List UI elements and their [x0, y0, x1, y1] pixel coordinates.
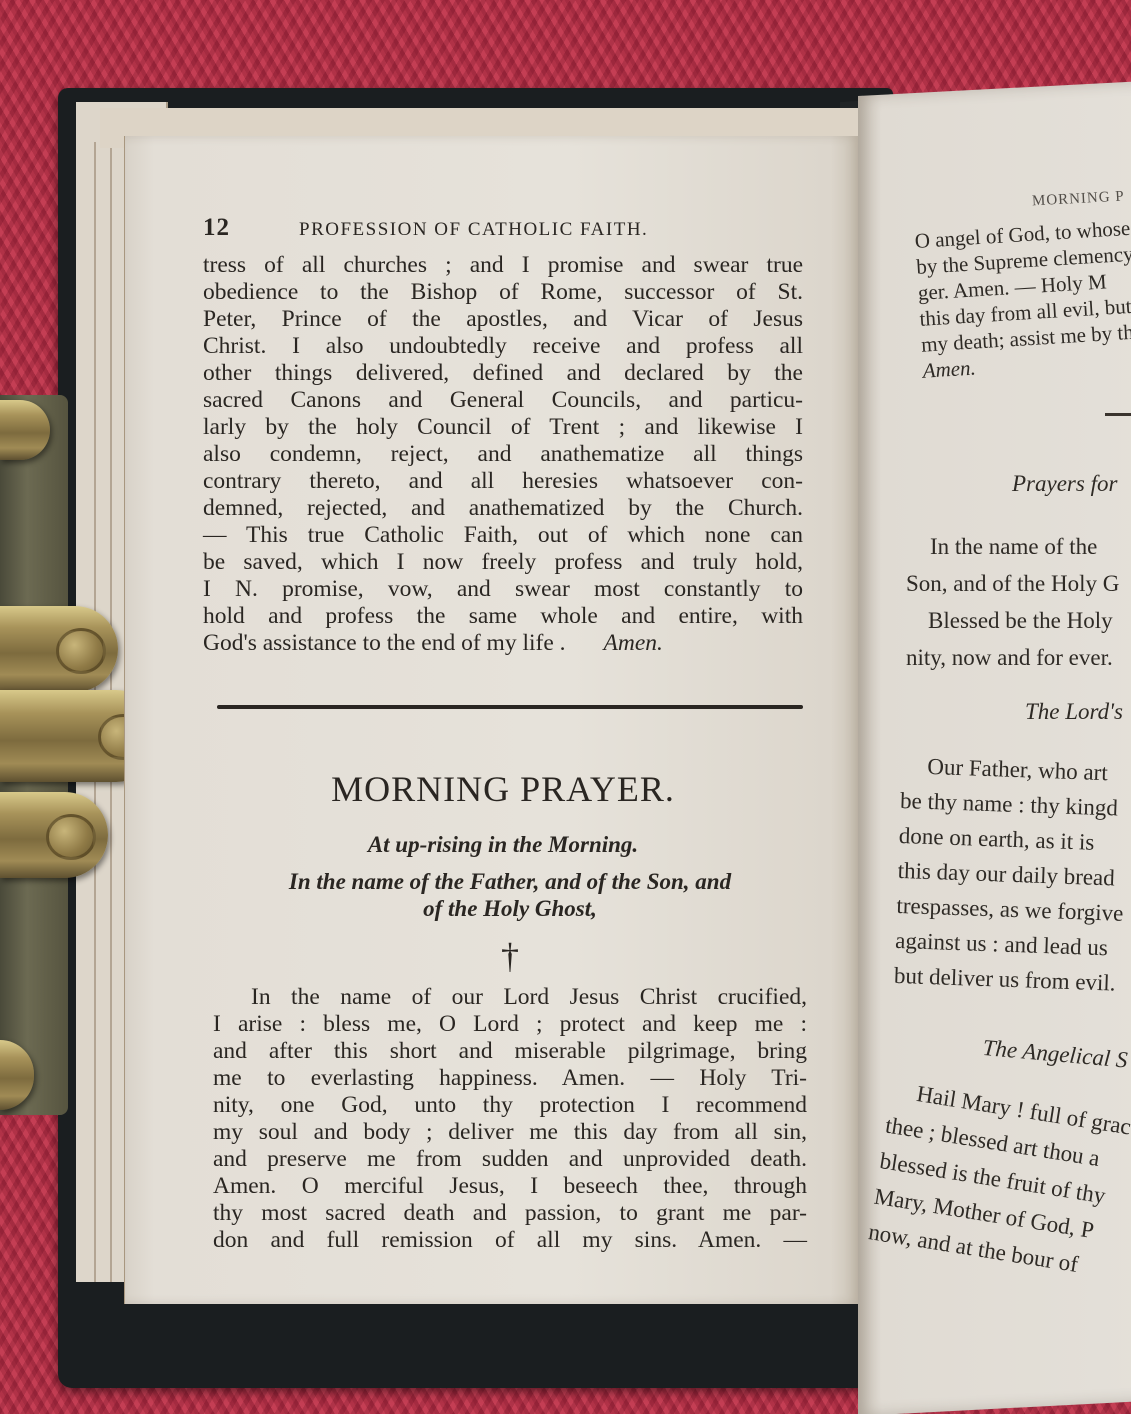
- clasp-knob-icon: [46, 814, 96, 860]
- running-head: 12 PROFESSION OF CATHOLIC FAITH.: [203, 214, 803, 244]
- text-line: other things delivered, defined and decl…: [203, 360, 803, 387]
- text-line: Son, and of the Holy G: [906, 565, 1119, 602]
- running-head-title: PROFESSION OF CATHOLIC FAITH.: [299, 219, 648, 241]
- heading-prayers-for: Prayers for: [1012, 470, 1117, 497]
- trinity-text: In the name of the Son, and of the Holy …: [906, 528, 1119, 676]
- text-line: Peter, Prince of the apostles, and Vicar…: [203, 306, 803, 333]
- text-line: In the name of our Lord Jesus Christ cru…: [213, 984, 807, 1011]
- section-subtitle: At up-rising in the Morning.: [203, 832, 803, 858]
- text-line: hold and profess the same whole and enti…: [203, 603, 803, 630]
- text-line: and after this short and miserable pilgr…: [213, 1038, 807, 1065]
- amen-italic: Amen.: [604, 630, 663, 656]
- text-line: demned, rejected, and anathematized by t…: [203, 495, 803, 522]
- clasp-finger-upper[interactable]: [0, 606, 118, 692]
- section-divider-rule: [217, 705, 803, 709]
- text-line: — This true Catholic Faith, out of which…: [203, 522, 803, 549]
- profession-text: tress of all churches ; and I promise an…: [203, 252, 803, 657]
- angel-prayer-text: O angel of God, to whose l by the Suprem…: [914, 214, 1131, 384]
- text-line: tress of all churches ; and I promise an…: [203, 252, 803, 279]
- text-line: I arise : bless me, O Lord ; protect and…: [213, 1011, 807, 1038]
- text-line: nity, now and for ever.: [906, 639, 1119, 676]
- text-line: sacred Canons and General Councils, and …: [203, 387, 803, 414]
- cross-icon: †: [495, 936, 525, 976]
- text-line: contrary thereto, and all heresies whats…: [203, 468, 803, 495]
- right-section-rule: [1105, 413, 1131, 416]
- morning-prayer-text: In the name of our Lord Jesus Christ cru…: [213, 984, 807, 1254]
- invocation-line: In the name of the Father, and of the So…: [213, 868, 807, 895]
- text-line: and preserve me from sudden and unprovid…: [213, 1146, 807, 1173]
- text-line: obedience to the Bishop of Rome, success…: [203, 279, 803, 306]
- page-number: 12: [203, 214, 299, 242]
- clasp-knob-icon: [56, 628, 106, 674]
- right-running-head: MORNING P: [1031, 184, 1125, 216]
- text-line: larly by the holy Council of Trent ; and…: [203, 414, 803, 441]
- clasp-finger-lower[interactable]: [0, 792, 108, 878]
- section-title: MORNING PRAYER.: [203, 768, 803, 810]
- text-line: me to everlasting happiness. Amen. — Hol…: [213, 1065, 807, 1092]
- text-line: don and full remission of all my sins. A…: [213, 1227, 807, 1254]
- text-line: my soul and body ; deliver me this day f…: [213, 1119, 807, 1146]
- text-line: Blessed be the Holy: [906, 602, 1119, 639]
- invocation-line: of the Holy Ghost,: [213, 895, 807, 922]
- text-line: be saved, which I now freely profess and…: [203, 549, 803, 576]
- text-line: nity, one God, unto thy protection I rec…: [213, 1092, 807, 1119]
- text-line-last: God's assistance to the end of my life .…: [203, 630, 803, 657]
- text-line: I N. promise, vow, and swear most consta…: [203, 576, 803, 603]
- text-fragment: God's assistance to the end of my life .: [203, 630, 566, 656]
- heading-lords-prayer: The Lord's: [1025, 698, 1123, 725]
- text-line: Christ. I also undoubtedly receive and p…: [203, 333, 803, 360]
- hail-mary-text: Hail Mary ! full of grac thee ; blessed …: [866, 1072, 1131, 1288]
- text-line: also condemn, reject, and anathematize a…: [203, 441, 803, 468]
- text-line: thy most sacred death and passion, to gr…: [213, 1200, 807, 1227]
- text-line: Amen. O merciful Jesus, I beseech thee, …: [213, 1173, 807, 1200]
- text-line: In the name of the: [906, 528, 1119, 565]
- lords-prayer-text: Our Father, who art be thy name : thy ki…: [893, 748, 1128, 1001]
- invocation: In the name of the Father, and of the So…: [213, 868, 807, 922]
